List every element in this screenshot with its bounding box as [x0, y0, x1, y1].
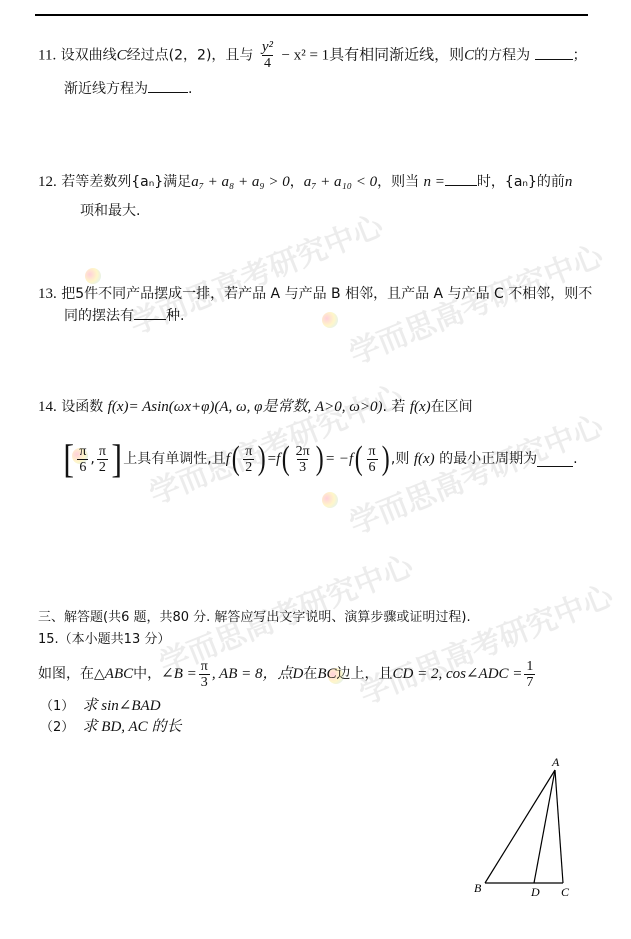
vertex-label-d: D	[530, 885, 540, 899]
question-13-line2: 同的摆法有种.	[64, 305, 184, 325]
fraction: y²4	[260, 40, 275, 71]
question-13: 13. 把5件不同产品摆成一排，若产品 A 与产品 B 相邻，且产品 A 与产品…	[38, 285, 592, 303]
answer-blank[interactable]	[148, 78, 188, 93]
question-12: 12. 若等差数列{aₙ}满足a₇ + a₈ + a₉ > 0，a₇ + a₁₀…	[38, 171, 572, 191]
vertex-label-b: B	[474, 881, 482, 895]
question-15-header: 15.（本小题共13 分）	[38, 631, 170, 649]
question-11-line2: 渐近线方程为.	[64, 78, 192, 98]
question-11: 11. 设双曲线C经过点(2，2)，且与 y²4 − x² = 1具有相同渐近线…	[38, 40, 587, 71]
answer-blank[interactable]	[134, 305, 166, 320]
vertex-label-c: C	[561, 885, 570, 899]
watermark-logo-icon	[322, 312, 338, 328]
question-15-stem: 如图，在△ABC中， ∠B =π3, AB = 8，点 D在BC边上，且 CD …	[38, 656, 537, 692]
section-heading: 三、解答题(共6 题，共80 分. 解答应写出文字说明、演算步骤或证明过程).	[38, 609, 471, 627]
watermark-logo-icon	[85, 268, 101, 284]
question-12-line2: 项和最大.	[80, 202, 140, 220]
answer-blank[interactable]	[535, 45, 573, 60]
watermark-logo-icon	[322, 492, 338, 508]
question-14: 14. 设函数 f(x)= Asin(ωx+φ)(A, ω, φ是常数, A>0…	[38, 398, 473, 416]
answer-blank[interactable]	[537, 452, 573, 467]
triangle-figure: A B D C	[460, 750, 610, 900]
question-14-line2: [ π6,π2 ] 上具有单调性,且 f(π2) = f(2π3) = −f(π…	[62, 437, 578, 481]
vertex-label-a: A	[551, 755, 560, 769]
header-rule	[35, 14, 588, 16]
question-15-part1: （1） 求 sin∠BAD	[40, 697, 161, 716]
answer-blank[interactable]	[445, 171, 477, 186]
question-15-part2: （2） 求 BD, AC 的长	[40, 718, 181, 737]
